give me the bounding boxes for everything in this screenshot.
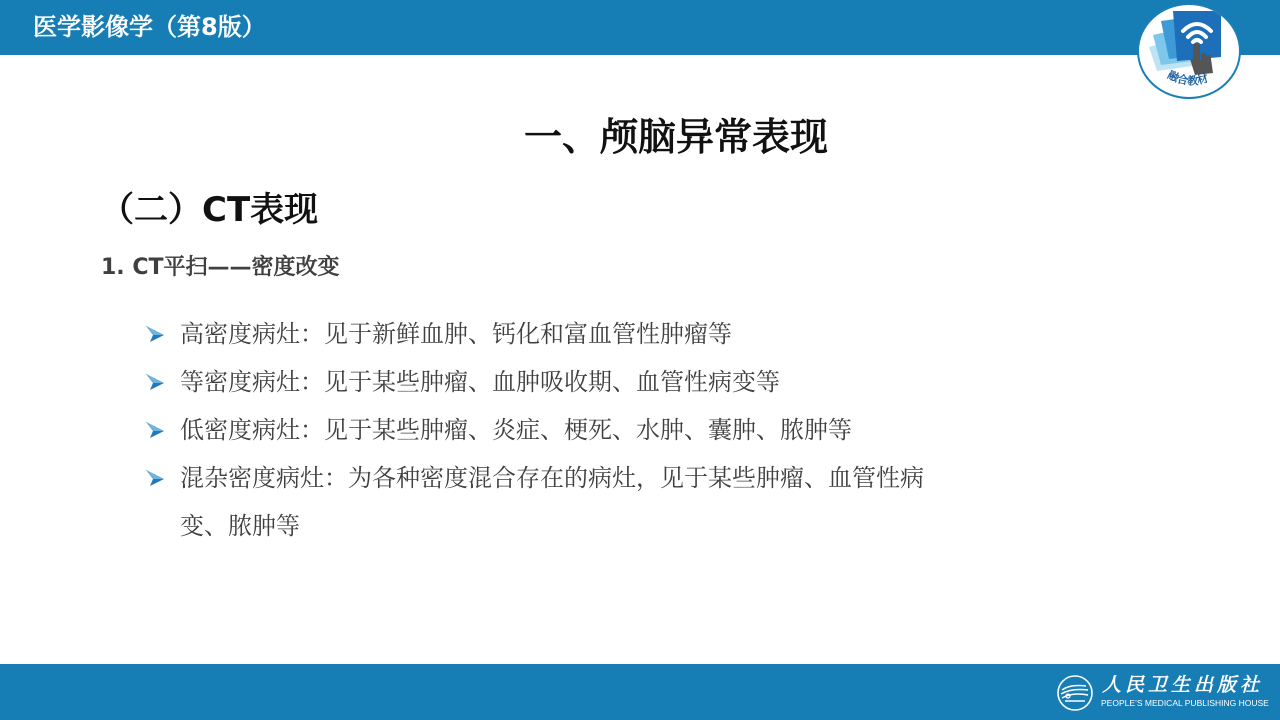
arrow-bullet-icon	[145, 372, 165, 392]
header-bar: 医学影像学（第8版）	[0, 0, 1280, 55]
bullet-text: 高密度病灶：见于新鲜血肿、钙化和富血管性肿瘤等	[180, 320, 732, 348]
bullet-item: 低密度病灶：见于某些肿瘤、炎症、梗死、水肿、囊肿、脓肿等	[145, 406, 945, 454]
bullet-item: 等密度病灶：见于某些肿瘤、血肿吸收期、血管性病变等	[145, 358, 945, 406]
bullet-text: 混杂密度病灶：为各种密度混合存在的病灶，见于某些肿瘤、血管性病变、脓肿等	[180, 464, 924, 540]
fusion-textbook-badge: 融合教材	[1137, 3, 1241, 99]
sub-heading: 1. CT平扫——密度改变	[101, 252, 339, 284]
slide-title: 一、颅脑异常表现	[0, 112, 1280, 162]
bullet-text: 等密度病灶：见于某些肿瘤、血肿吸收期、血管性病变等	[180, 368, 780, 396]
bullet-list: 高密度病灶：见于新鲜血肿、钙化和富血管性肿瘤等 等密度病灶：见于某些肿瘤、血肿吸…	[145, 310, 945, 550]
publisher-emblem-icon	[1056, 674, 1094, 712]
bullet-item: 高密度病灶：见于新鲜血肿、钙化和富血管性肿瘤等	[145, 310, 945, 358]
publisher-name-cn: 人民卫生出版社	[1102, 674, 1263, 696]
arrow-bullet-icon	[145, 324, 165, 344]
arrow-bullet-icon	[145, 420, 165, 440]
bullet-text: 低密度病灶：见于某些肿瘤、炎症、梗死、水肿、囊肿、脓肿等	[180, 416, 852, 444]
arrow-bullet-icon	[145, 468, 165, 488]
touch-wifi-icon: 融合教材	[1139, 5, 1239, 97]
publisher-logo: 人民卫生出版社 PEOPLE’S MEDICAL PUBLISHING HOUS…	[1056, 672, 1272, 714]
publisher-name-en: PEOPLE’S MEDICAL PUBLISHING HOUSE	[1101, 698, 1269, 708]
book-title: 医学影像学（第8版）	[33, 12, 266, 42]
bullet-item: 混杂密度病灶：为各种密度混合存在的病灶，见于某些肿瘤、血管性病变、脓肿等	[145, 454, 940, 550]
slide-title-text: 一、颅脑异常表现	[524, 112, 828, 162]
section-heading: （二）CT表现	[100, 187, 318, 233]
